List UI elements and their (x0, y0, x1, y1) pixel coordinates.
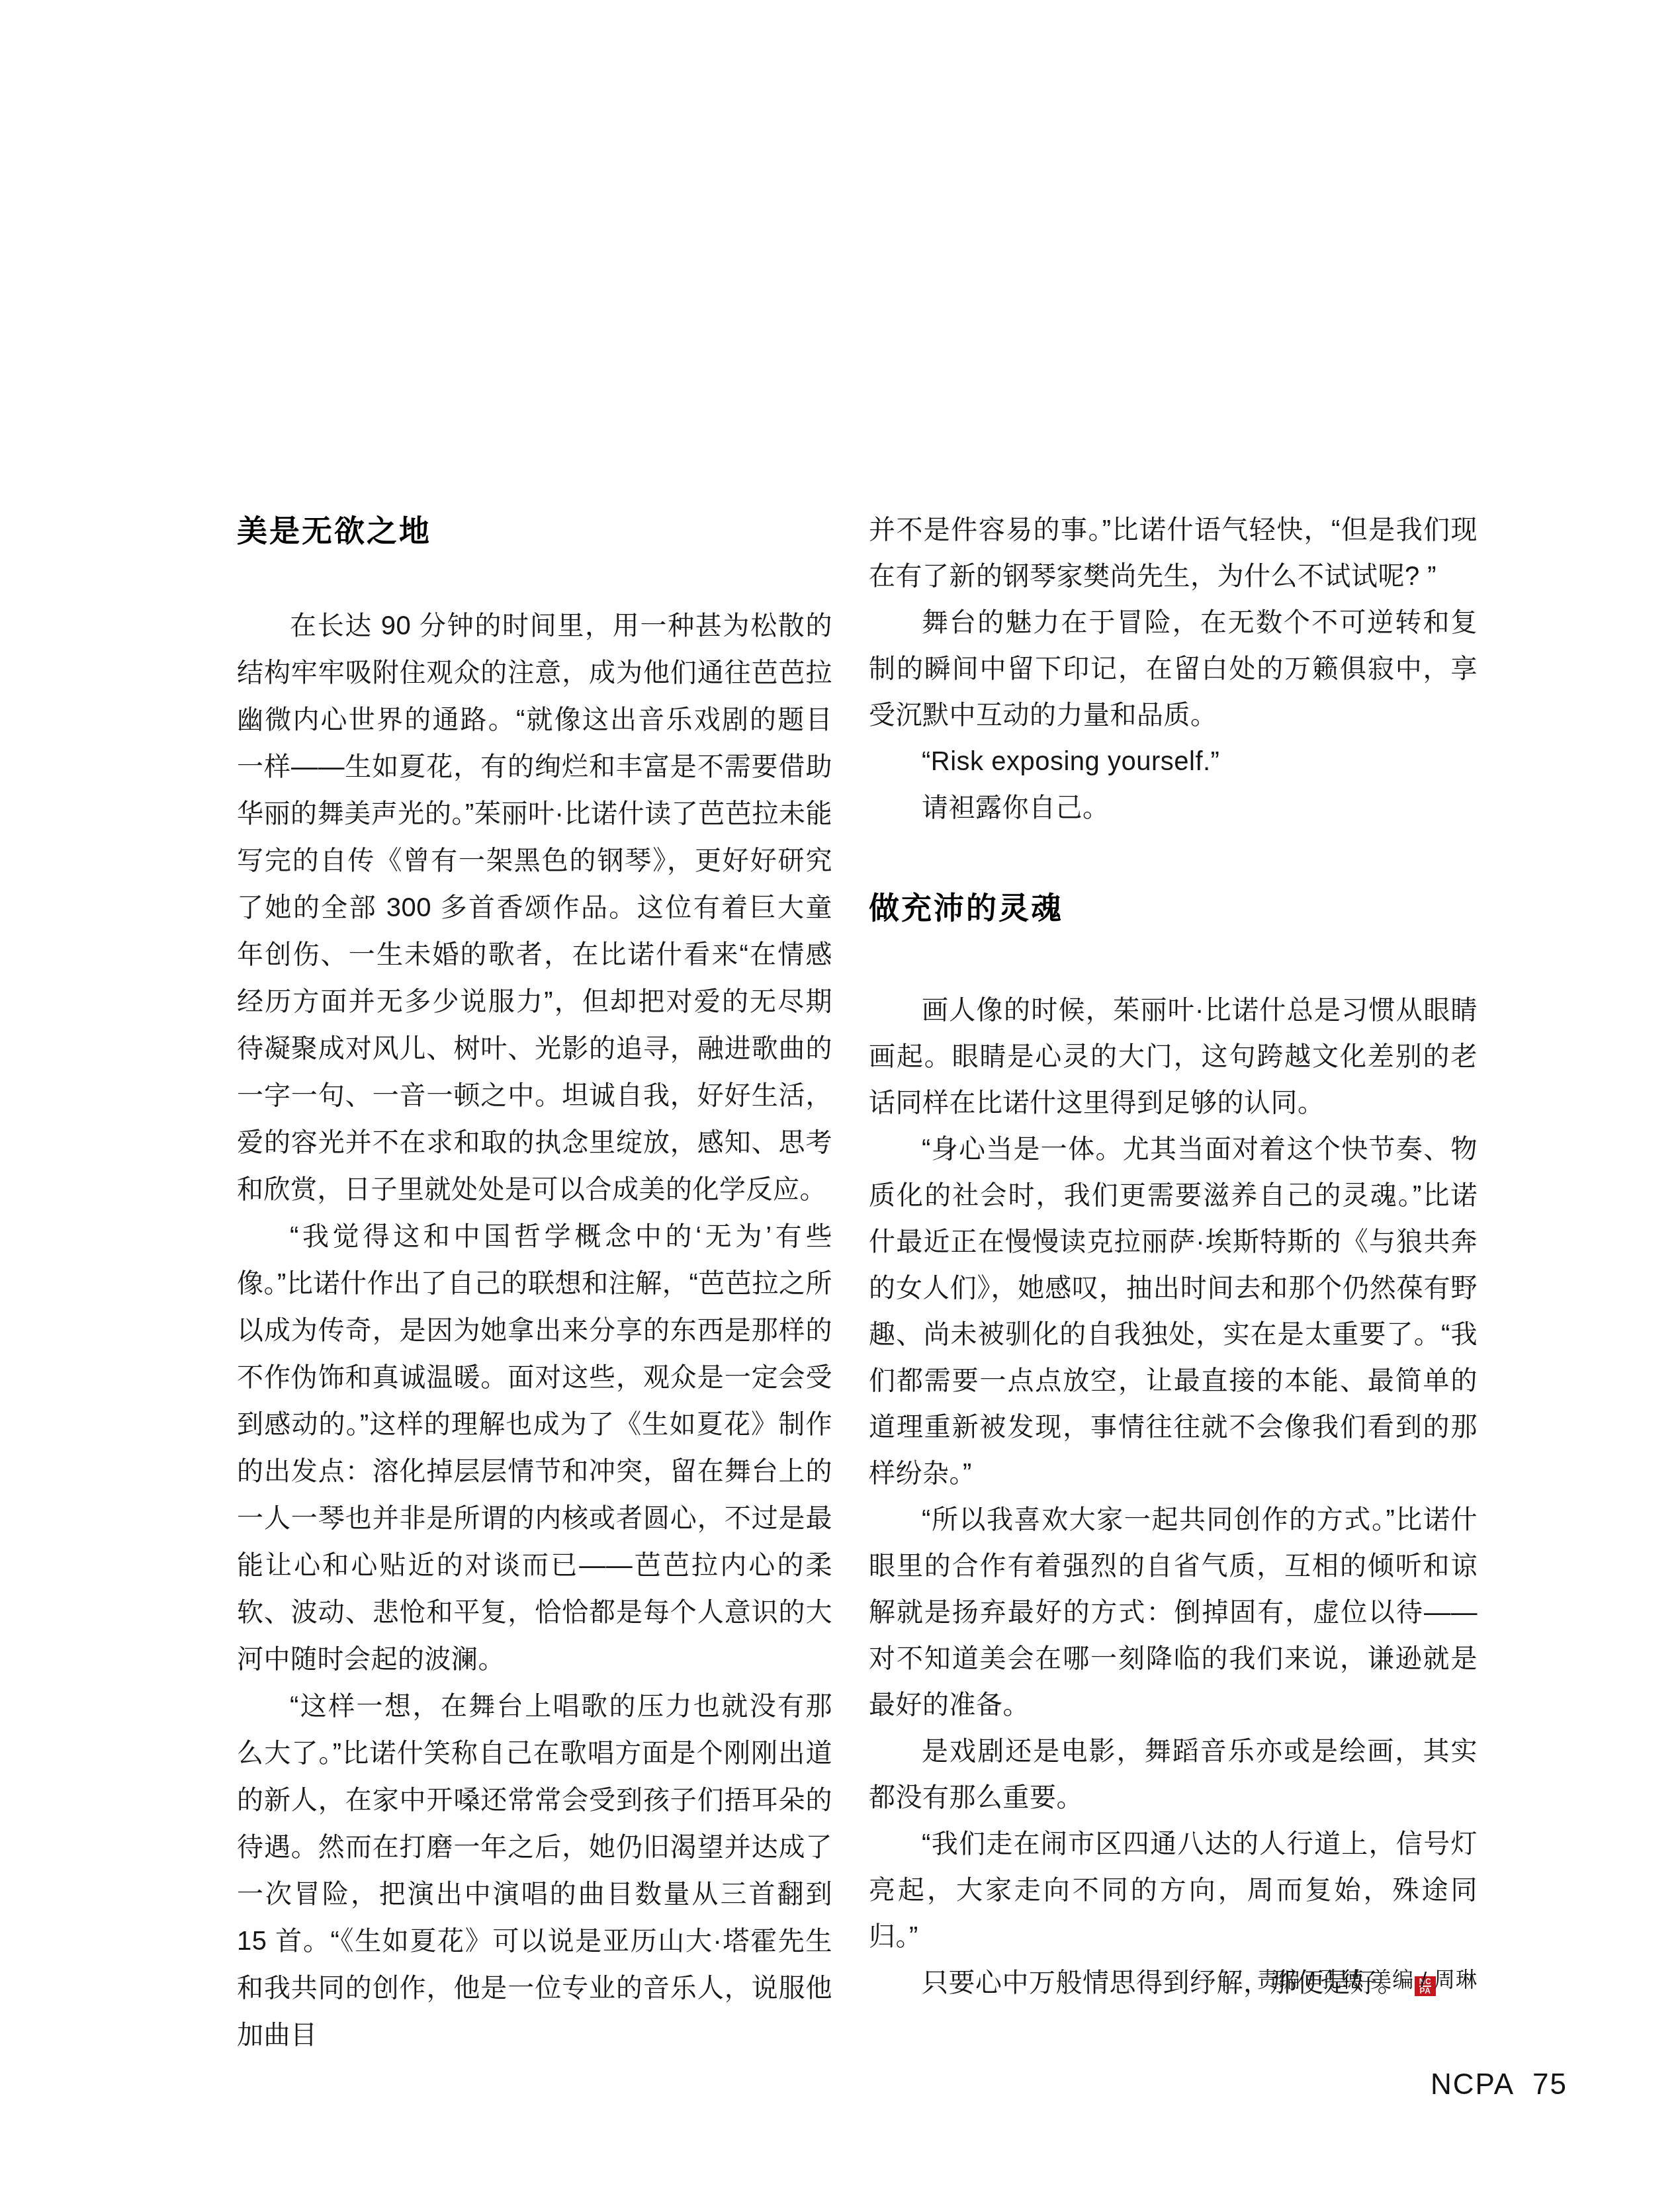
section-heading-soul: 做充沛的灵魂 (869, 891, 1478, 925)
right-paragraph-risk-quote: “Risk exposing yourself.” (869, 738, 1478, 785)
right-paragraph-portrait: 画人像的时候，茱丽叶·比诺什总是习惯从眼睛画起。眼睛是心灵的大门，这句跨越文化差… (869, 987, 1478, 1126)
right-paragraph-body-mind: “身心当是一体。尤其当面对着这个快节奏、物质化的社会时，我们更需要滋养自己的灵魂… (869, 1126, 1478, 1497)
footer-page-number: 75 (1532, 2068, 1568, 2101)
editor-credits: 责编 / 孔德 美编 / 周琳 (869, 1966, 1478, 1993)
right-column: 并不是件容易的事。”比诺什语气轻快，“但是我们现在有了新的钢琴家樊尚先生，为什么… (869, 507, 1478, 2006)
left-paragraph-3: “这样一想，在舞台上唱歌的压力也就没有那么大了。”比诺什笑称自己在歌唱方面是个刚… (237, 1683, 832, 2059)
right-continuation-paragraph: 并不是件容易的事。”比诺什语气轻快，“但是我们现在有了新的钢琴家樊尚先生，为什么… (869, 507, 1478, 599)
page-footer: NCPA75 (1431, 2068, 1568, 2101)
right-paragraph-crosswalk: “我们走在闹市区四通八达的人行道上，信号灯亮起，大家走向不同的方向，周而复始，殊… (869, 1821, 1478, 1960)
left-column: 美是无欲之地 在长达 90 分钟的时间里，用一种甚为松散的结构牢牢吸附住观众的注… (237, 513, 832, 2059)
right-paragraph-cocreation: “所以我喜欢大家一起共同创作的方式。”比诺什眼里的合作有着强烈的自省气质，互相的… (869, 1497, 1478, 1728)
section-heading-beauty: 美是无欲之地 (237, 513, 832, 548)
right-paragraph-risk-translation: 请袒露你自己。 (869, 785, 1478, 831)
right-paragraph-stage: 舞台的魅力在于冒险，在无数个不可逆转和复制的瞬间中留下印记，在留白处的万籁俱寂中… (869, 599, 1478, 738)
left-paragraph-2: “我觉得这和中国哲学概念中的‘无为’有些像。”比诺什作出了自己的联想和注解，“芭… (237, 1213, 832, 1683)
right-paragraph-artforms: 是戏剧还是电影，舞蹈音乐亦或是绘画，其实都没有那么重要。 (869, 1728, 1478, 1821)
magazine-page: 美是无欲之地 在长达 90 分钟的时间里，用一种甚为松散的结构牢牢吸附住观众的注… (0, 0, 1680, 2188)
footer-brand: NCPA (1431, 2068, 1515, 2101)
left-paragraph-1: 在长达 90 分钟的时间里，用一种甚为松散的结构牢牢吸附住观众的注意，成为他们通… (237, 603, 832, 1213)
